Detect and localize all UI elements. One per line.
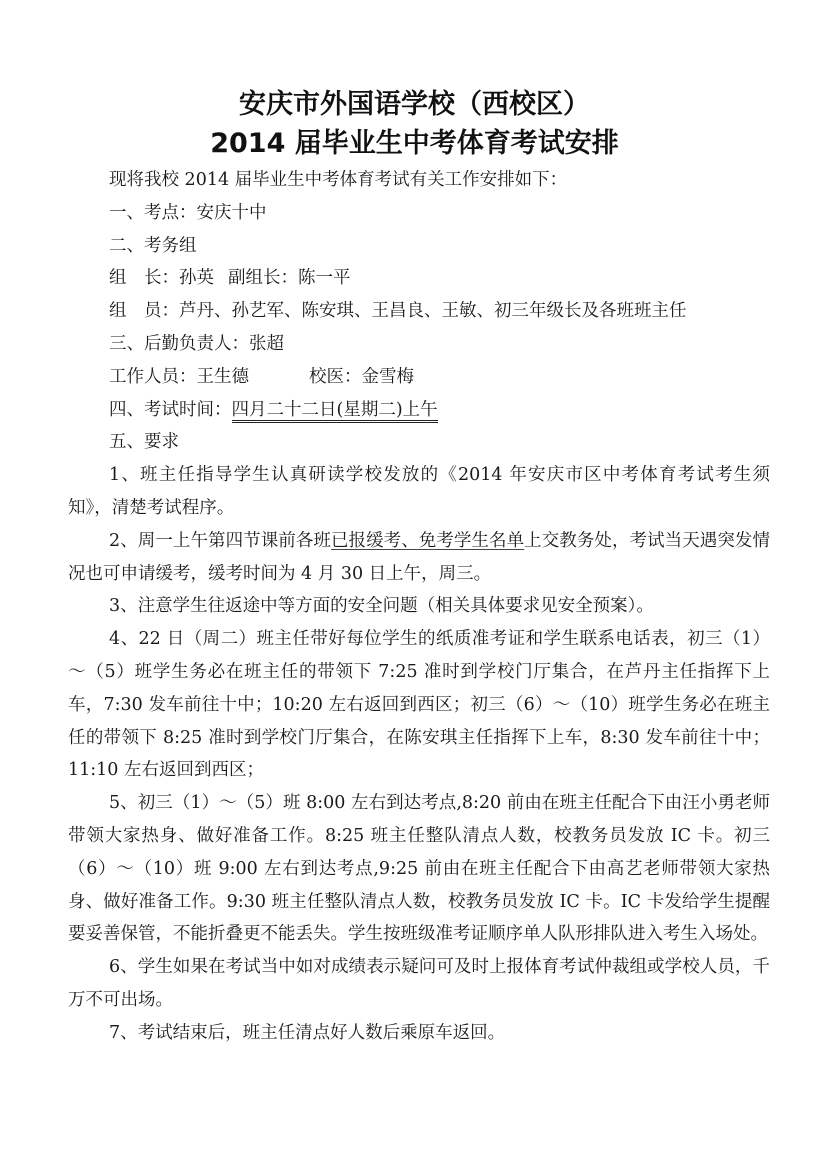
doctor-label: 校医：: [309, 367, 362, 387]
document-title-school: 安庆市外国语学校（西校区）: [0, 82, 829, 121]
item2-underlined: 已报缓考、免考学生名单: [331, 531, 524, 551]
document-body: 现将我校 2014 届毕业生中考体育考试有关工作安排如下： 一、考点：安庆十中 …: [68, 164, 770, 1050]
deputy-name: 陈一平: [298, 268, 351, 288]
section-exam-committee-heading: 二、考务组: [68, 230, 770, 263]
committee-leaders: 组 长：孙英副组长：陈一平: [68, 262, 770, 295]
section-exam-time: 四、考试时间：四月二十二日(星期二)上午: [68, 394, 770, 427]
requirement-item-2: 2、周一上午第四节课前各班已报缓考、免考学生名单上交教务处，考试当天遇突发情况也…: [68, 525, 770, 591]
members-label: 组 员：: [109, 301, 179, 321]
exam-site-value: 安庆十中: [197, 203, 267, 223]
logistics-lead: 张超: [249, 334, 284, 354]
section-logistics: 三、后勤负责人：张超: [68, 328, 770, 361]
requirement-item-5: 5、初三（1）～（5）班 8:00 左右到达考点,8:20 前由在班主任配合下由…: [68, 787, 770, 951]
item2-before: 2、周一上午第四节课前各班: [109, 531, 331, 551]
staff-name: 王生德: [197, 367, 250, 387]
section-exam-site: 一、考点：安庆十中: [68, 197, 770, 230]
committee-members: 组 员：芦丹、孙艺军、陈安琪、王昌良、王敏、初三年级长及各班班主任: [68, 295, 770, 328]
requirement-item-4: 4、22 日（周二）班主任带好每位学生的纸质准考证和学生联系电话表，初三（1）～…: [68, 623, 770, 787]
requirement-item-1: 1、班主任指导学生认真研读学校发放的《2014 年安庆市区中考体育考试考生须知》…: [68, 459, 770, 525]
document-title-main: 2014 届毕业生中考体育考试安排: [0, 121, 829, 160]
requirement-item-6: 6、学生如果在考试当中如对成绩表示疑问可及时上报体育考试仲裁组或学校人员，千万不…: [68, 951, 770, 1017]
logistics-staff: 工作人员：王生德校医：金雪梅: [68, 361, 770, 394]
staff-label: 工作人员：: [109, 367, 197, 387]
deputy-label: 副组长：: [228, 268, 298, 288]
section-label: 一、考点：: [109, 203, 197, 223]
exam-time-value: 四月二十二日(星期二)上午: [232, 400, 438, 423]
members-list: 芦丹、孙艺军、陈安琪、王昌良、王敏、初三年级长及各班班主任: [179, 301, 687, 321]
document-page: 安庆市外国语学校（西校区） 2014 届毕业生中考体育考试安排 现将我校 201…: [0, 0, 829, 1169]
exam-time-label: 四、考试时间：: [109, 400, 232, 420]
logistics-label: 三、后勤负责人：: [109, 334, 249, 354]
requirement-item-7: 7、考试结束后，班主任清点好人数后乘原车返回。: [68, 1017, 770, 1050]
doctor-name: 金雪梅: [362, 367, 415, 387]
section-requirements-heading: 五、要求: [68, 426, 770, 459]
requirement-item-3: 3、注意学生往返途中等方面的安全问题（相关具体要求见安全预案）。: [68, 590, 770, 623]
leader-name: 孙英: [179, 268, 214, 288]
leader-label: 组 长：: [109, 268, 179, 288]
intro-paragraph: 现将我校 2014 届毕业生中考体育考试有关工作安排如下：: [68, 164, 770, 197]
